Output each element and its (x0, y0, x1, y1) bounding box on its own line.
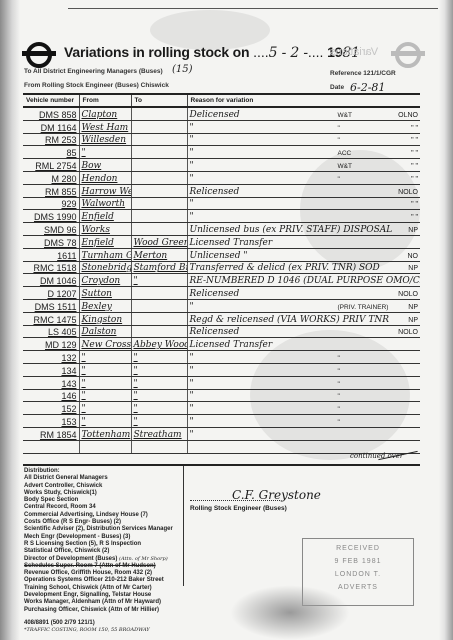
table-row: 132"""" (23, 351, 420, 364)
from-garage: Hendon (79, 171, 131, 184)
from-garage: Enfield (79, 235, 131, 248)
to-garage: " (131, 402, 187, 415)
reason-note: " (338, 125, 340, 132)
to-garage (131, 146, 187, 159)
scan-stain (230, 585, 350, 640)
vehicle-number: RM 1854 (23, 427, 79, 440)
reason-text: Relicensed (190, 327, 240, 337)
table-row: DMS 1990Enfield"" " (23, 210, 420, 223)
to-garage (131, 312, 187, 325)
to-garage: Stamford Brook (131, 261, 187, 274)
from-garage: Bow (79, 159, 131, 172)
from-garage: Tottenham (79, 427, 131, 440)
from-garage: Works (79, 223, 131, 236)
to-garage (131, 287, 187, 300)
table-row: RM 1854TottenhamStreatham" (23, 427, 420, 440)
table-row: 85""ACC" " (23, 146, 420, 159)
to-garage (131, 210, 187, 223)
vehicle-number: RM 253 (23, 133, 79, 146)
from-garage: " (79, 402, 131, 415)
reason-text: " (190, 212, 194, 222)
status-code: " " (411, 214, 418, 221)
reason-text: " (190, 417, 194, 427)
from-garage: Enfield (79, 210, 131, 223)
reason-cell: "W&T" " (187, 159, 420, 172)
form-reference: 408/8891 (500 2/79 121/1) (24, 620, 182, 627)
from-garage: Harrow Weald (79, 184, 131, 197)
to-garage (131, 184, 187, 197)
from-garage: " (79, 351, 131, 364)
vehicle-number: DMS 78 (23, 235, 79, 248)
vehicle-number: RMC 1475 (23, 312, 79, 325)
vehicle-number: DMS 1511 (23, 299, 79, 312)
reason-cell: Transferred & delicd (ex PRIV. TNR) SODN… (187, 261, 420, 274)
to-garage (131, 197, 187, 210)
vehicle-number: LS 405 (23, 325, 79, 338)
col-from: From (79, 94, 131, 107)
from-garage: Bexley (79, 299, 131, 312)
reason-text: " (190, 430, 194, 440)
reason-text: Unlicensed bus (ex PRIV. STAFF) DISPOSAL (190, 225, 393, 235)
reason-text: Unlicensed " (190, 251, 248, 261)
to-garage: Streatham (131, 427, 187, 440)
show-through-title: Variations (330, 46, 378, 58)
to-garage: " (131, 351, 187, 364)
reason-cell: "" (187, 351, 420, 364)
reason-cell: RelicensedNOLO (187, 184, 420, 197)
signatory-title: Rolling Stock Engineer (Buses) (190, 505, 287, 512)
table-row: 134"""" (23, 363, 420, 376)
table-row: DMS 78EnfieldWood GreenLicensed Transfer (23, 235, 420, 248)
reason-cell: Regd & relicensed (VIA WORKS) PRIV TNRNP (187, 312, 420, 325)
vehicle-number: DM 1164 (23, 120, 79, 133)
vehicle-number: SMD 96 (23, 223, 79, 236)
reason-text: Relicensed (190, 289, 240, 299)
reason-text: Licensed Transfer (190, 340, 273, 350)
from-garage (79, 440, 131, 453)
reason-text: Licensed Transfer (190, 238, 273, 248)
variations-table: Vehicle number From To Reason for variat… (23, 93, 420, 454)
reason-text: Delicensed (190, 110, 240, 120)
from-garage: " (79, 389, 131, 402)
top-rule (68, 8, 438, 9)
to-garage: " (131, 274, 187, 287)
table-row: DM 1164West Ham""" " (23, 120, 420, 133)
col-reason: Reason for variation (187, 94, 420, 107)
from-garage: Dalston (79, 325, 131, 338)
reason-cell: """ " (187, 120, 420, 133)
from-garage: Willesden (79, 133, 131, 146)
to-garage: " (131, 415, 187, 428)
reason-note: " (338, 393, 340, 400)
date-label: Date (330, 84, 344, 91)
vehicle-number: 1611 (23, 248, 79, 261)
to-garage: Abbey Wood (131, 338, 187, 351)
status-code: " " (411, 201, 418, 208)
table-row: 143"""" (23, 376, 420, 389)
vehicle-number: 152 (23, 402, 79, 415)
status-code: " " (411, 137, 418, 144)
reason-cell: "ACC" " (187, 146, 420, 159)
handwritten-addition: *TRAFFIC COSTING, ROOM 150, 55 BROADWAY (24, 627, 182, 634)
vehicle-number: 153 (23, 415, 79, 428)
status-code: OLNO (398, 112, 418, 119)
reason-note: " (338, 381, 340, 388)
reason-text: Transferred & delicd (ex PRIV. TNR) SOD (190, 263, 380, 273)
to-garage (131, 120, 187, 133)
reason-text: Regd & relicensed (VIA WORKS) PRIV TNR (190, 315, 389, 325)
reason-cell: RE-NUMBERED D 1046 (DUAL PURPOSE OMO/CRE… (187, 274, 420, 287)
reason-text: " (190, 123, 194, 133)
from-garage: Walworth (79, 197, 131, 210)
scan-edge-shadow-left (0, 0, 20, 640)
reason-text: " (190, 135, 194, 145)
status-code: NOLO (398, 189, 418, 196)
vehicle-number: RML 2754 (23, 159, 79, 172)
from-garage: New Cross (79, 338, 131, 351)
from-garage: Kingston (79, 312, 131, 325)
reason-text: " (190, 148, 194, 158)
table-row: 1611Turnham GreenMertonUnlicensed "NO (23, 248, 420, 261)
reason-text: " (190, 404, 194, 414)
footer-divider (183, 466, 184, 586)
reason-text: " (190, 174, 194, 184)
table-row: RMC 1518StonebridgeStamford BrookTransfe… (23, 261, 420, 274)
status-code: " " (411, 150, 418, 157)
to-garage (131, 159, 187, 172)
table-row: SMD 96WorksUnlicensed bus (ex PRIV. STAF… (23, 223, 420, 236)
from-garage: Sutton (79, 287, 131, 300)
table-row: 146"""" (23, 389, 420, 402)
reason-note: " (338, 137, 340, 144)
from-garage: " (79, 376, 131, 389)
table-row: RMC 1475KingstonRegd & relicensed (VIA W… (23, 312, 420, 325)
vehicle-number: 146 (23, 389, 79, 402)
to-garage: Wood Green (131, 235, 187, 248)
table-row: D 1207SuttonRelicensedNOLO (23, 287, 420, 300)
vehicle-number: 929 (23, 197, 79, 210)
reason-cell: """ " (187, 133, 420, 146)
to-garage (131, 133, 187, 146)
to-garage (131, 325, 187, 338)
from-garage: Stonebridge (79, 261, 131, 274)
table-header-row: Vehicle number From To Reason for variat… (23, 94, 420, 107)
reason-cell: "" (187, 415, 420, 428)
table-row: MD 129New CrossAbbey WoodLicensed Transf… (23, 338, 420, 351)
reason-text: " (190, 199, 194, 209)
reason-cell: RelicensedNOLO (187, 287, 420, 300)
table-row: 929Walworth"" " (23, 197, 420, 210)
reason-note: " (338, 355, 340, 362)
from-garage: " (79, 146, 131, 159)
reason-note: (PRIV. TRAINER) (338, 304, 389, 311)
to-garage (131, 440, 187, 453)
reason-note: W&T (338, 112, 352, 119)
reason-note: " (338, 368, 340, 375)
reason-text: Relicensed (190, 187, 240, 197)
reason-cell: "" " (187, 197, 420, 210)
status-code: NP (408, 317, 418, 324)
table-row: 153"""" (23, 415, 420, 428)
table-row: M 280Hendon""" " (23, 171, 420, 184)
to-garage: " (131, 376, 187, 389)
reason-cell: Unlicensed bus (ex PRIV. STAFF) DISPOSAL… (187, 223, 420, 236)
vehicle-number: RM 855 (23, 184, 79, 197)
status-code: " " (411, 176, 418, 183)
table-row: RM 253Willesden""" " (23, 133, 420, 146)
reason-cell: "" " (187, 210, 420, 223)
vehicle-number: M 280 (23, 171, 79, 184)
reason-note: " (338, 176, 340, 183)
to-garage: " (131, 363, 187, 376)
vehicle-number: DMS 858 (23, 107, 79, 120)
status-code: NP (408, 265, 418, 272)
form-title: Variations in rolling stock on ....5 - 2… (64, 44, 360, 61)
reason-text: " (190, 302, 194, 312)
vehicle-number: 134 (23, 363, 79, 376)
from-garage: Turnham Green (79, 248, 131, 261)
status-code: NO (408, 253, 419, 260)
reason-cell: "" (187, 363, 420, 376)
reason-cell: Unlicensed "NO (187, 248, 420, 261)
reason-text: " (190, 161, 194, 171)
status-code: " " (411, 163, 418, 170)
vehicle-number: MD 129 (23, 338, 79, 351)
from-line: From Rolling Stock Engineer (Buses) Chis… (24, 82, 169, 89)
table-row: RM 855Harrow WealdRelicensedNOLO (23, 184, 420, 197)
reason-cell: """ " (187, 171, 420, 184)
reason-cell: DelicensedW&TOLNO (187, 107, 420, 120)
reason-cell: "" (187, 376, 420, 389)
table-row: RML 2754Bow"W&T" " (23, 159, 420, 172)
reason-cell: "" (187, 402, 420, 415)
reason-cell: "" (187, 389, 420, 402)
table-row: LS 405DalstonRelicensedNOLO (23, 325, 420, 338)
vehicle-number: 85 (23, 146, 79, 159)
handwritten-date: 5 - 2 - (269, 45, 308, 61)
table-row: DM 1046Croydon"RE-NUMBERED D 1046 (DUAL … (23, 274, 420, 287)
reason-text: " (190, 353, 194, 363)
to-garage: Merton (131, 248, 187, 261)
vehicle-number: 132 (23, 351, 79, 364)
to-line: To All District Engineering Managers (Bu… (24, 68, 163, 75)
ghost-roundel-icon (395, 42, 421, 68)
col-vehicle-number: Vehicle number (23, 94, 79, 107)
copy-count: (15) (172, 64, 193, 75)
from-garage: West Ham (79, 120, 131, 133)
to-garage (131, 223, 187, 236)
to-garage: " (131, 389, 187, 402)
reason-cell: Licensed Transfer (187, 338, 420, 351)
reason-note: W&T (338, 163, 352, 170)
signature-line (190, 500, 280, 501)
reference: Reference 121/1/CGR (330, 70, 396, 77)
col-to: To (131, 94, 187, 107)
reason-cell: " (187, 427, 420, 440)
reason-note: " (338, 406, 340, 413)
vehicle-number: DMS 1990 (23, 210, 79, 223)
status-code: NOLO (398, 291, 418, 298)
vehicle-number: 143 (23, 376, 79, 389)
from-garage: " (79, 415, 131, 428)
london-transport-roundel-icon (26, 42, 52, 68)
reason-text: " (190, 366, 194, 376)
vehicle-number: D 1207 (23, 287, 79, 300)
distribution-list: Distribution: All District General Manag… (24, 468, 182, 635)
vehicle-number (23, 440, 79, 453)
reason-text: " (190, 379, 194, 389)
status-code: NP (408, 304, 418, 311)
status-code: " " (411, 125, 418, 132)
vehicle-number: RMC 1518 (23, 261, 79, 274)
from-garage: Croydon (79, 274, 131, 287)
table-row: DMS 858ClaptonDelicensedW&TOLNO (23, 107, 420, 120)
vehicle-number: DM 1046 (23, 274, 79, 287)
status-code: NP (408, 227, 418, 234)
table-row: 152"""" (23, 402, 420, 415)
status-code: NOLO (398, 329, 418, 336)
to-garage (131, 299, 187, 312)
reason-cell: Licensed Transfer (187, 235, 420, 248)
table-row: DMS 1511Bexley"(PRIV. TRAINER)NP (23, 299, 420, 312)
struck-distribution-line: Schedules Super. Room 7 (Attn of Mr Huds… (24, 563, 182, 570)
reason-text: RE-NUMBERED D 1046 (DUAL PURPOSE OMO/CRE… (190, 276, 421, 286)
scan-edge-shadow-right (439, 0, 453, 640)
from-garage: " (79, 363, 131, 376)
reason-note: ACC (338, 150, 352, 157)
reason-cell: RelicensedNOLO (187, 325, 420, 338)
to-garage (131, 171, 187, 184)
to-garage (131, 107, 187, 120)
reason-text: " (190, 391, 194, 401)
reason-cell: "(PRIV. TRAINER)NP (187, 299, 420, 312)
reason-note: " (338, 419, 340, 426)
from-garage: Clapton (79, 107, 131, 120)
footer-rule (23, 464, 420, 466)
